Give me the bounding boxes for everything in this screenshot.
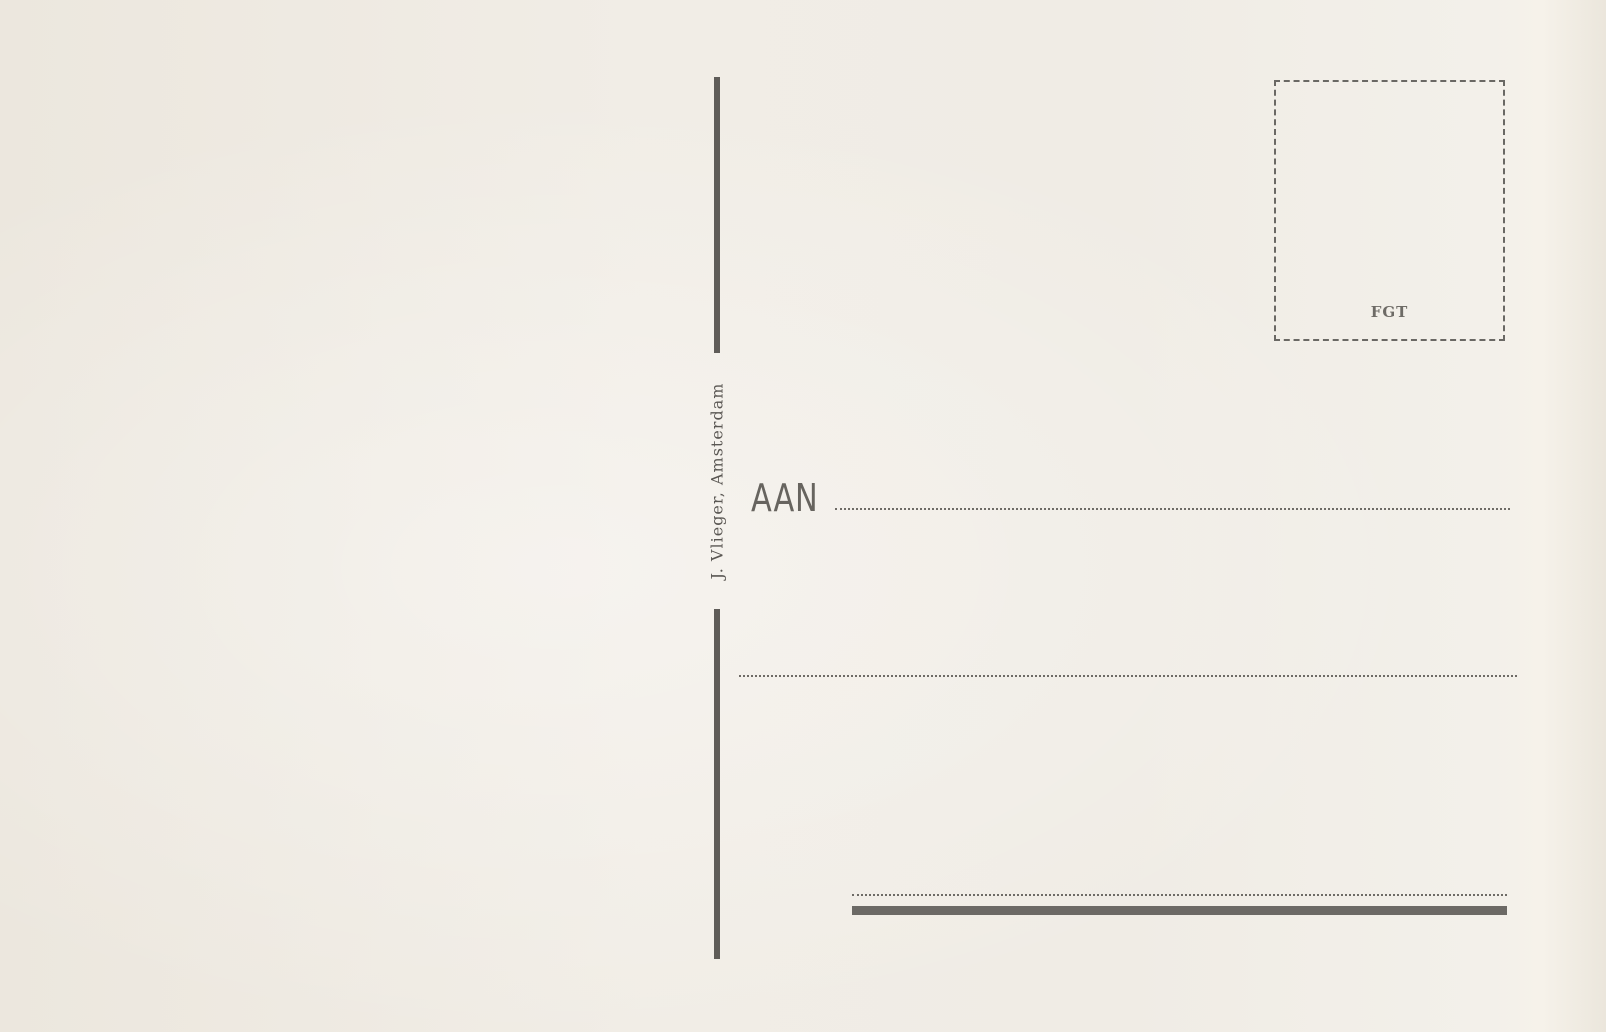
address-line-1 [835, 508, 1510, 510]
address-line-2 [739, 675, 1517, 677]
postcard-back: J. Vlieger, Amsterdam FGT AAN [0, 0, 1606, 1032]
publisher-imprint: J. Vlieger, Amsterdam [708, 383, 727, 580]
address-underline-bar [852, 906, 1507, 915]
stamp-box: FGT [1274, 80, 1505, 341]
address-line-3 [852, 894, 1507, 896]
center-divider-top [714, 77, 720, 353]
center-divider-bottom [714, 609, 720, 959]
stamp-box-label: FGT [1276, 303, 1503, 321]
address-label: AAN [751, 476, 819, 520]
